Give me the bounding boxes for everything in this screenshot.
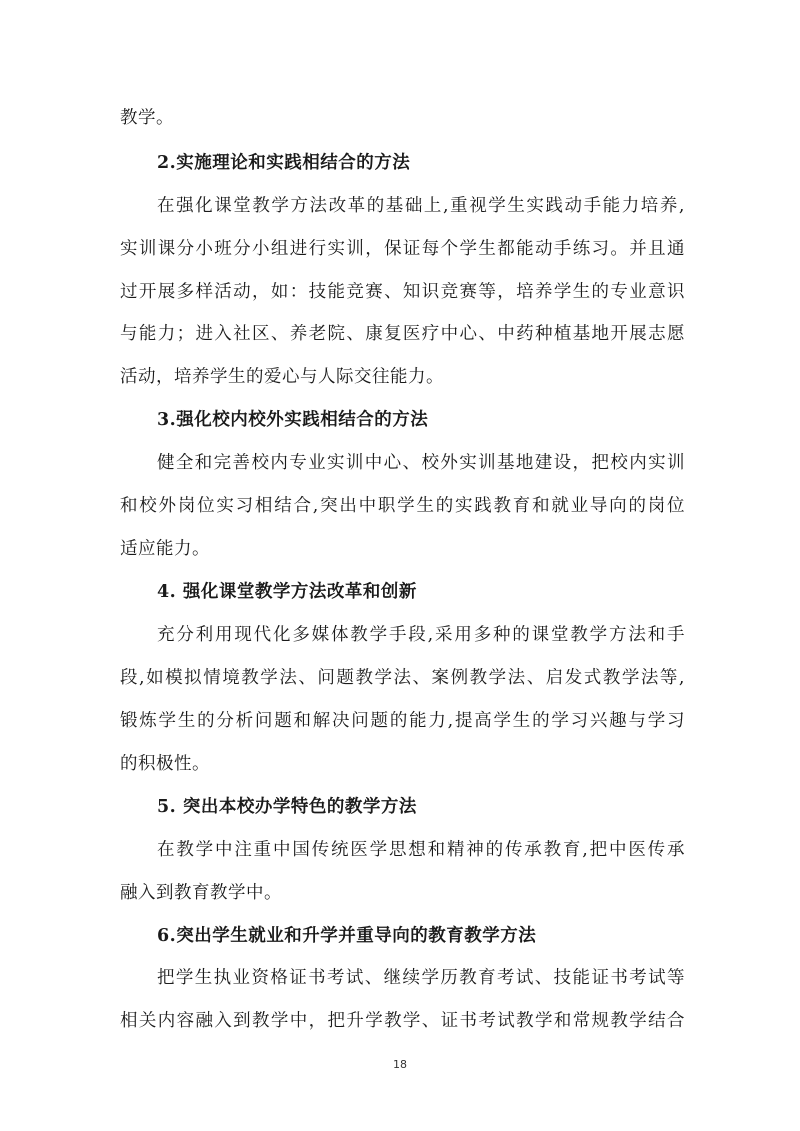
paragraph-line: 的积极性。: [120, 752, 685, 776]
paragraph-line: 在强化课堂教学方法改革的基础上,重视学生实践动手能力培养,: [157, 194, 685, 218]
paragraph-line: 适应能力。: [120, 537, 685, 561]
paragraph-line: 活动，培养学生的爱心与人际交往能力。: [120, 365, 685, 389]
page-number: 18: [0, 1058, 800, 1071]
paragraph-line: 充分利用现代化多媒体教学手段,采用多种的课堂教学方法和手: [157, 623, 685, 647]
section-heading-4: 4. 强化课堂教学方法改革和创新: [157, 580, 417, 604]
section-heading-2: 2.实施理论和实践相结合的方法: [157, 151, 410, 175]
paragraph-line: 健全和完善校内专业实训中心、校外实训基地建设，把校内实训: [157, 451, 685, 475]
paragraph-line: 在教学中注重中国传统医学思想和精神的传承教育,把中医传承: [157, 838, 685, 862]
paragraph-line: 与能力；进入社区、养老院、康复医疗中心、中药种植基地开展志愿: [120, 322, 685, 346]
paragraph-line: 锻炼学生的分析问题和解决问题的能力,提高学生的学习兴趣与学习: [120, 709, 685, 733]
paragraph-line: 和校外岗位实习相结合,突出中职学生的实践教育和就业导向的岗位: [120, 494, 685, 518]
section-heading-5: 5. 突出本校办学特色的教学方法: [157, 795, 417, 819]
paragraph-line: 把学生执业资格证书考试、继续学历教育考试、技能证书考试等: [157, 966, 685, 990]
paragraph-line: 实训课分小班分小组进行实训，保证每个学生都能动手练习。并且通: [120, 237, 685, 261]
paragraph-line: 相关内容融入到教学中，把升学教学、证书考试教学和常规教学结合: [120, 1009, 685, 1033]
section-heading-6: 6.突出学生就业和升学并重导向的教育教学方法: [157, 924, 536, 948]
paragraph-line: 教学。: [120, 106, 685, 130]
section-heading-3: 3.强化校内校外实践相结合的方法: [157, 408, 428, 432]
paragraph-line: 段,如模拟情境教学法、问题教学法、案例教学法、启发式教学法等,: [120, 666, 685, 690]
paragraph-line: 融入到教育教学中。: [120, 881, 685, 905]
document-page: 教学。 2.实施理论和实践相结合的方法 在强化课堂教学方法改革的基础上,重视学生…: [0, 0, 800, 1131]
paragraph-line: 过开展多样活动，如：技能竞赛、知识竞赛等，培养学生的专业意识: [120, 280, 685, 304]
